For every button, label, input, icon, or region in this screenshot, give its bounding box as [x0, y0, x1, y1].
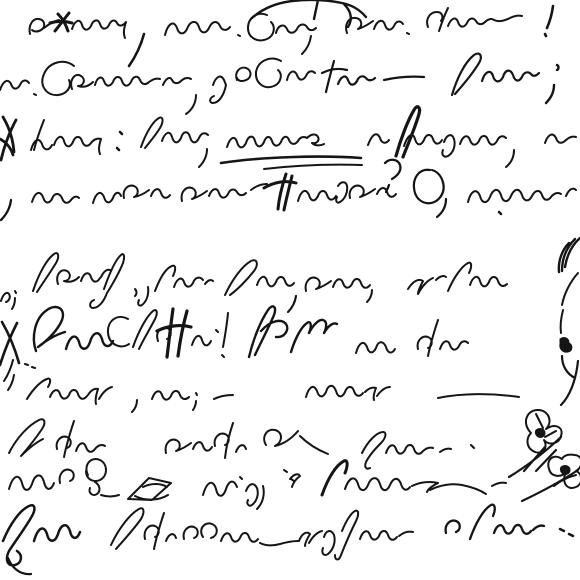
line5-comma — [288, 296, 296, 312]
line8-word2-ande — [166, 423, 328, 458]
line6-word3-Broth — [249, 306, 337, 357]
line10-word1-ym-bold — [3, 505, 80, 565]
line10-word2-Ldecur — [111, 508, 298, 549]
line3-word1-hum — [31, 120, 101, 154]
line3-word2-lun — [141, 118, 208, 167]
line5-word3-om — [306, 278, 372, 302]
double-underline-a — [221, 157, 361, 163]
face-doodle-lips — [560, 338, 572, 353]
line1-word5-dun — [427, 8, 522, 31]
line1-word3-Oec — [248, 14, 316, 54]
line4-word4-moult — [298, 182, 396, 202]
line1-word2-mm — [165, 22, 240, 36]
line4-dot — [499, 212, 501, 214]
line2-word4-tu-dash — [322, 61, 424, 92]
line6-word4-mudu — [356, 320, 468, 356]
line4-big-O — [414, 170, 446, 217]
line5-word2-MuLun — [155, 260, 294, 295]
line4-word2-nan — [93, 186, 170, 203]
line9-word3-M-bold — [322, 461, 347, 495]
line3-word4-bold-ascender — [396, 107, 420, 157]
line9-diamond-scribble — [128, 478, 171, 500]
line10-word3-zqfum — [299, 511, 413, 560]
line3-left-bold-scribble — [0, 117, 16, 160]
double-underline-b — [264, 165, 362, 169]
line10-end-marks — [560, 529, 573, 536]
line2-semicolon — [546, 65, 559, 103]
line3-colon — [117, 132, 122, 150]
line2-word1-big-C — [42, 62, 196, 114]
line1-word4-om — [346, 18, 409, 34]
line3-end-n — [545, 135, 576, 143]
line7-mun-dash — [306, 386, 519, 400]
line9-s-mark — [290, 474, 300, 487]
line8-word3-gue — [362, 432, 474, 469]
line2-word2-yo — [210, 68, 250, 103]
line5-word4-whu — [408, 263, 507, 294]
line9-word3-uun — [345, 478, 506, 494]
flower-doodle-2-center — [560, 466, 570, 475]
line4-question-mark — [385, 160, 400, 192]
line4-word3-t-bold — [264, 174, 296, 210]
handwriting-ink — [0, 0, 580, 580]
line9-word2-mig — [203, 470, 294, 509]
flower-doodle-1-center — [535, 429, 545, 438]
line5-left-is — [1, 291, 16, 309]
line4-word5-mune — [468, 189, 576, 202]
line1-exclamation — [545, 6, 553, 36]
top-flourish — [252, 0, 366, 27]
line5-word1-leurl — [33, 253, 124, 308]
flower-doodle-2-stem — [522, 470, 578, 501]
line9-word1-mag — [9, 459, 119, 496]
line2-word3-Qu — [256, 59, 315, 88]
line8-word1-Uda — [9, 419, 105, 457]
line1-word1-hes — [72, 20, 126, 38]
line7-lune-nu-i — [8, 375, 233, 412]
line1-word1-t-bold — [50, 13, 72, 31]
line3-word4-rest — [368, 134, 514, 167]
face-doodle-hair — [559, 238, 580, 272]
line10-word4-Plu — [446, 505, 544, 539]
line2-left-fragment — [0, 81, 36, 95]
line3-word3-underlined — [227, 134, 324, 147]
line2-word5-Jun — [452, 54, 539, 95]
manuscript-page — [0, 0, 580, 580]
face-doodle-chin-neck — [561, 356, 578, 405]
line4-left-comma — [1, 200, 11, 220]
line1-comma — [129, 34, 144, 66]
line4-word1-un — [32, 193, 79, 203]
line6-word2-f-bold — [157, 309, 191, 357]
line6-word1-Bm — [34, 307, 113, 351]
line5-semicolon-j — [135, 287, 148, 306]
face-doodle-profile — [561, 273, 578, 333]
line6-left-bold-x — [0, 322, 19, 365]
line4-word3-aut — [182, 184, 267, 201]
